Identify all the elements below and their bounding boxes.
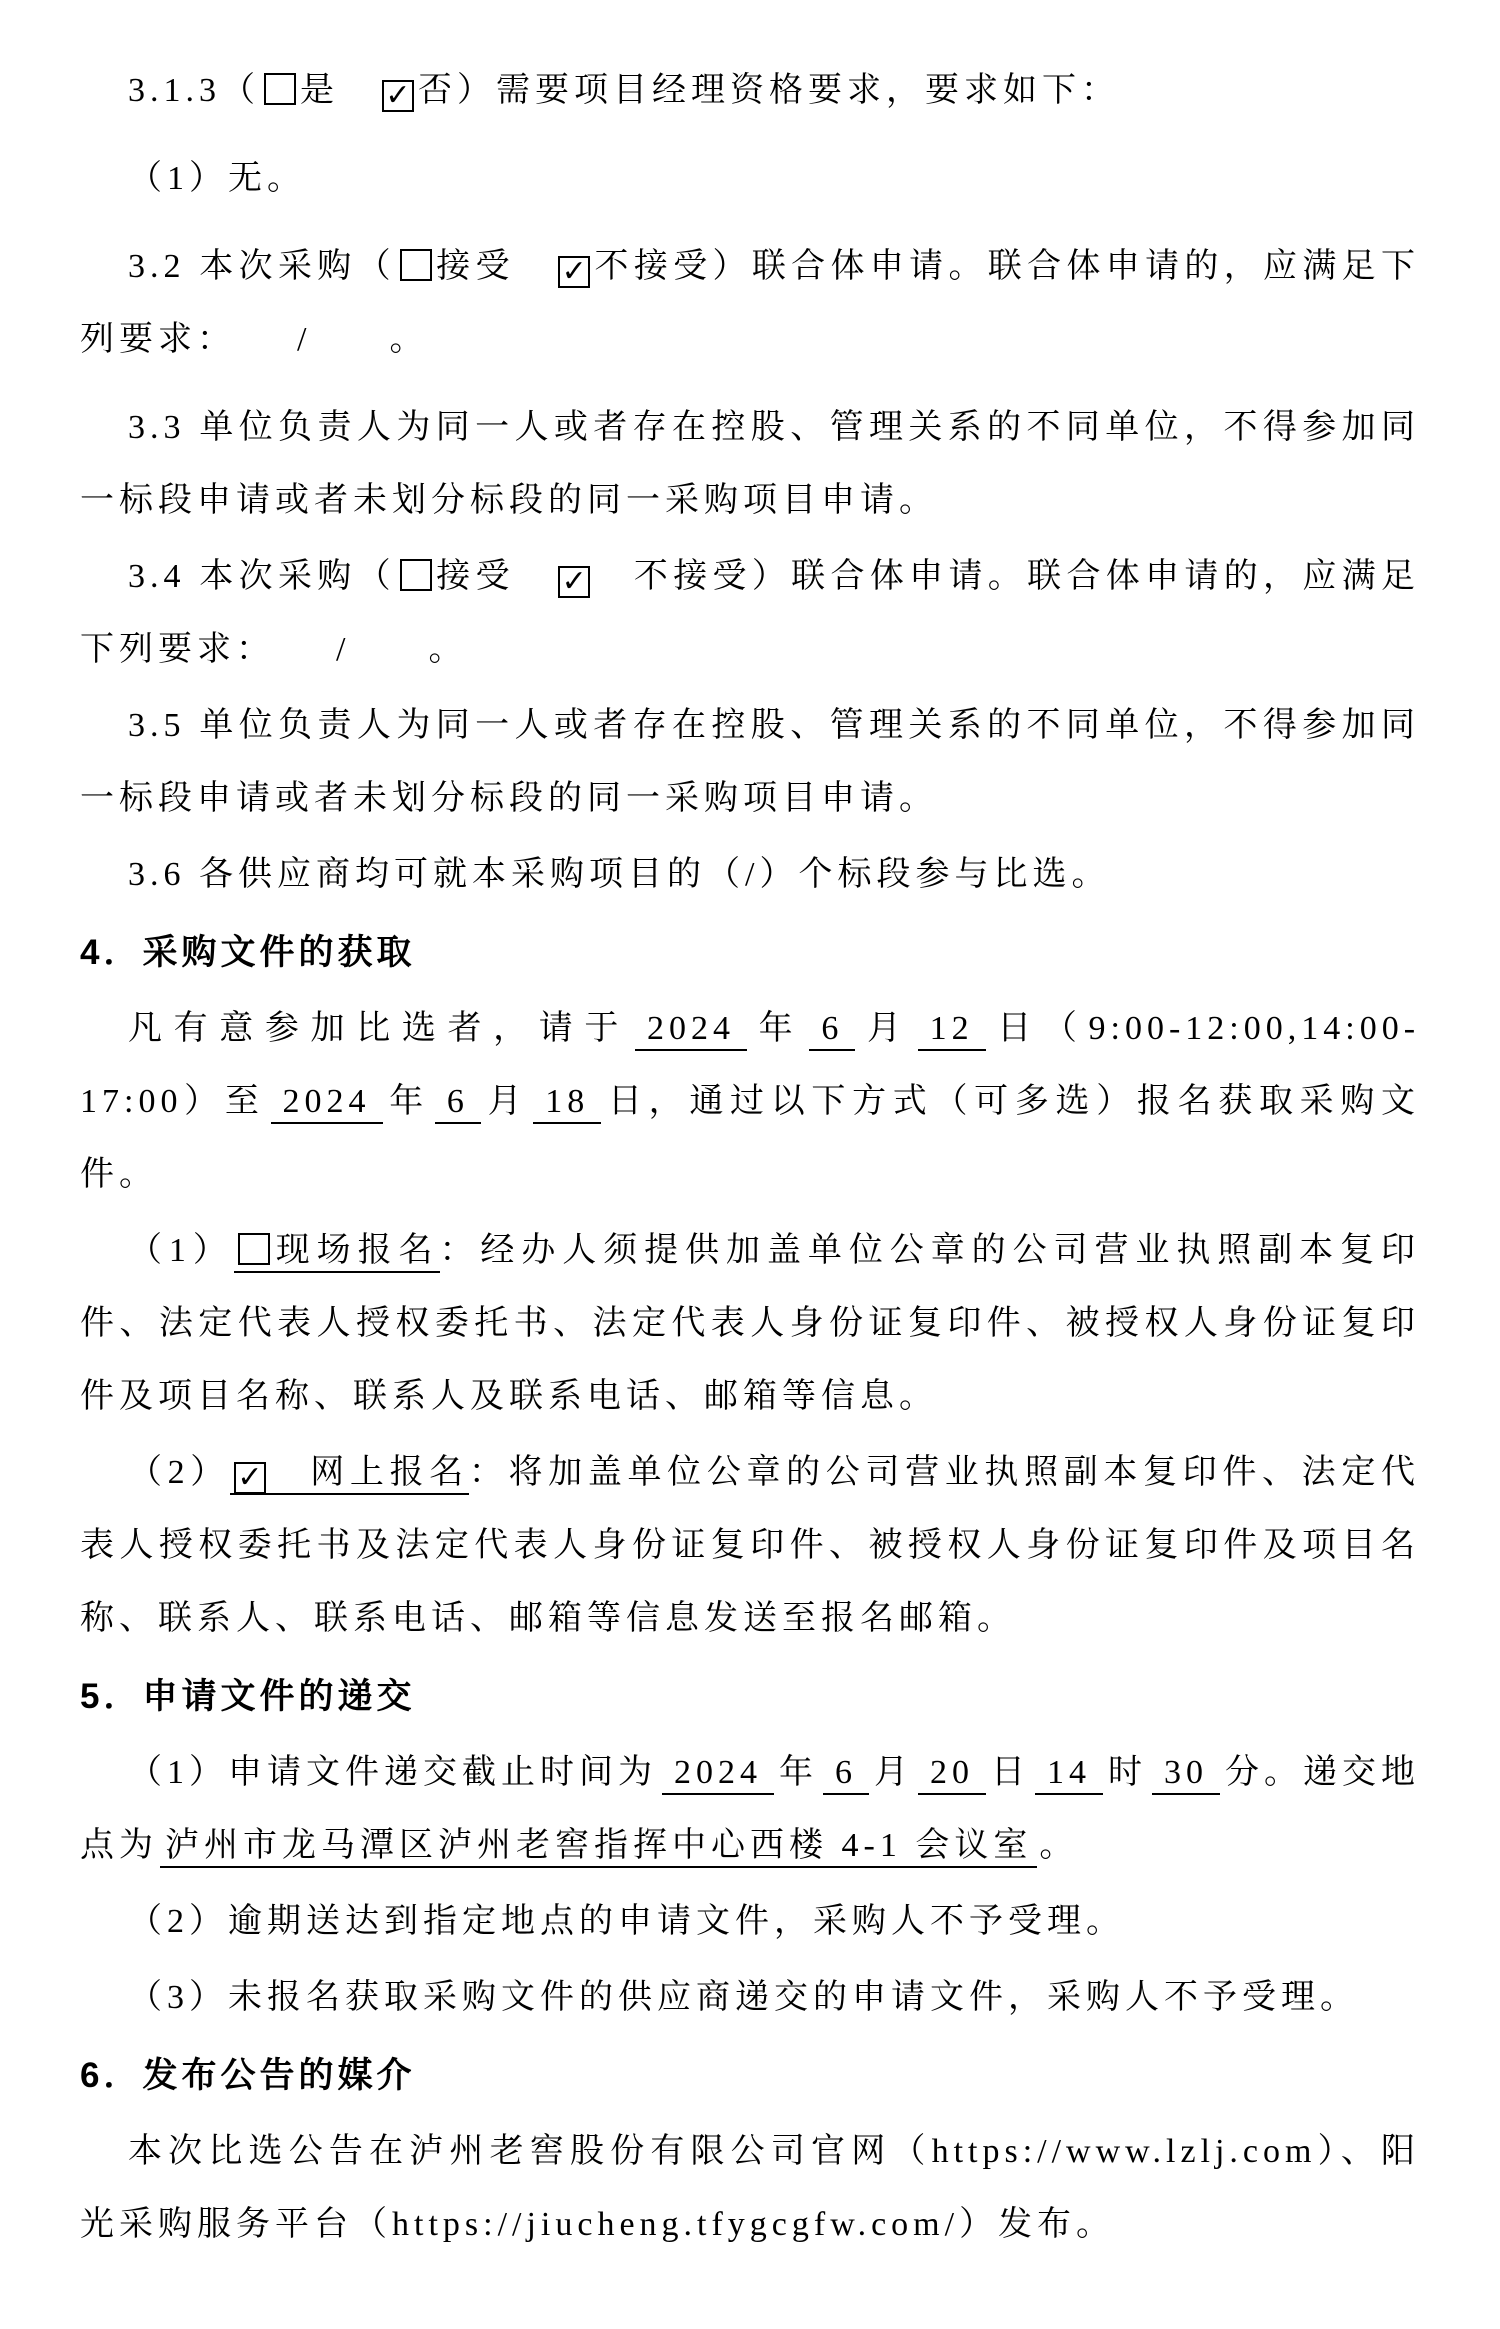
blank-address: 泸州市龙马潭区泸州老窖指挥中心西楼 4-1 会议室: [160, 1827, 1037, 1868]
text-segment: 日: [991, 1754, 1030, 1791]
text-segment: 3.3 单位负责人为同一人或者存在控股、管理关系的不同单位，不得参加同一标段申请…: [80, 409, 1420, 519]
document-page: 3.1.3（是 ✓否）需要项目经理资格要求，要求如下： （1）无。 3.2 本次…: [0, 0, 1500, 2329]
clause-3-2: 3.2 本次采购（接受 ✓不接受）联合体申请。联合体申请的，应满足下列要求： /…: [80, 230, 1420, 376]
section-4-heading: 4．采购文件的获取: [80, 916, 1420, 989]
heading-text: 5．申请文件的递交: [80, 1677, 415, 1716]
announcement-media-paragraph: 本次比选公告在泸州老窖股份有限公司官网（https://www.lzlj.com…: [80, 2115, 1420, 2261]
check-mark-icon: ✓: [384, 82, 412, 110]
text-segment: 3.1.3（: [128, 72, 260, 109]
text-segment: （1）无。: [128, 160, 306, 197]
text-segment: 年: [752, 1010, 804, 1047]
section-4-intro: 凡有意参加比选者，请于2024年6月12日（9:00-12:00,14:00-1…: [80, 992, 1420, 1211]
text-segment: ）发布。: [959, 2206, 1115, 2243]
text-segment: 。: [1039, 1827, 1078, 1864]
text-segment: 3.4 本次采购（: [128, 558, 396, 595]
blank-month: 6: [435, 1083, 481, 1124]
overdue-delivery-item: （2）逾期送达到指定地点的申请文件，采购人不予受理。: [80, 1885, 1420, 1958]
blank-hour: 14: [1035, 1754, 1103, 1795]
text-segment: 是: [300, 72, 339, 109]
text-segment: [339, 72, 378, 109]
text-segment: （2）: [128, 1454, 230, 1491]
text-segment: [515, 558, 554, 595]
accept-checkbox-unchecked-icon: [400, 559, 432, 591]
registration-option-onsite: （1）现场报名：经办人须提供加盖单位公章的公司营业执照副本复印件、法定代表人授权…: [80, 1214, 1420, 1433]
clause-3-1-3: 3.1.3（是 ✓否）需要项目经理资格要求，要求如下：: [80, 54, 1420, 127]
clause-3-1-3-item-1: （1）无。: [80, 142, 1420, 215]
section-6-heading: 6．发布公告的媒介: [80, 2039, 1420, 2112]
text-segment: （2）逾期送达到指定地点的申请文件，采购人不予受理。: [128, 1903, 1125, 1940]
onsite-checkbox-unchecked-icon: [238, 1233, 270, 1265]
text-segment: 时: [1108, 1754, 1147, 1791]
blank-day: 18: [533, 1083, 601, 1124]
official-site-url: https://www.lzlj.com: [932, 2133, 1317, 2170]
blank-day: 20: [918, 1754, 986, 1795]
blank-month: 6: [809, 1010, 855, 1051]
heading-text: 4．采购文件的获取: [80, 933, 415, 972]
text-segment: 本次比选公告在泸州老窖股份有限公司官网（: [128, 2133, 932, 2170]
blank-day: 12: [918, 1010, 986, 1051]
reject-checkbox-checked-icon: ✓: [558, 566, 590, 598]
text-segment: [594, 558, 634, 595]
section-5-heading: 5．申请文件的递交: [80, 1660, 1420, 1733]
reject-checkbox-checked-icon: ✓: [558, 256, 590, 288]
text-segment: 3.6 各供应商均可就本采购项目的（/）个标段参与比选。: [128, 856, 1110, 893]
text-segment: 凡有意参加比选者，请于: [128, 1010, 630, 1047]
text-segment: 年: [779, 1754, 818, 1791]
blank-minute: 30: [1152, 1754, 1220, 1795]
text-segment: 年: [388, 1083, 430, 1120]
text-segment: 否）需要项目经理资格要求，要求如下：: [418, 72, 1120, 109]
text-segment: 接受: [436, 558, 515, 595]
text-segment: 接受: [436, 248, 515, 285]
text-segment: （1）: [128, 1232, 234, 1269]
clause-3-3: 3.3 单位负责人为同一人或者存在控股、管理关系的不同单位，不得参加同一标段申请…: [80, 391, 1420, 537]
onsite-registration-label: 现场报名: [234, 1232, 440, 1273]
clause-3-4: 3.4 本次采购（接受 ✓ 不接受）联合体申请。联合体申请的，应满足下列要求： …: [80, 540, 1420, 686]
text-segment: 月: [874, 1754, 913, 1791]
unregistered-supplier-item: （3）未报名获取采购文件的供应商递交的申请文件，采购人不予受理。: [80, 1961, 1420, 2034]
clause-3-6: 3.6 各供应商均可就本采购项目的（/）个标段参与比选。: [80, 838, 1420, 911]
check-mark-icon: ✓: [560, 258, 588, 286]
text-segment: [515, 248, 554, 285]
blank-month: 6: [823, 1754, 869, 1795]
text-segment: 月: [860, 1010, 912, 1047]
accept-checkbox-unchecked-icon: [400, 249, 432, 281]
check-mark-icon: ✓: [560, 568, 588, 596]
blank-year: 2024: [271, 1083, 383, 1124]
check-mark-icon: ✓: [236, 1464, 264, 1492]
text-segment: 3.5 单位负责人为同一人或者存在控股、管理关系的不同单位，不得参加同一标段申请…: [80, 707, 1420, 817]
submission-deadline-item: （1）申请文件递交截止时间为2024年6月20日14时30分。递交地点为泸州市龙…: [80, 1736, 1420, 1882]
clause-3-5: 3.5 单位负责人为同一人或者存在控股、管理关系的不同单位，不得参加同一标段申请…: [80, 689, 1420, 835]
blank-year: 2024: [662, 1754, 774, 1795]
blank-year: 2024: [635, 1010, 747, 1051]
text-segment: 网上报名: [310, 1454, 469, 1491]
no-checkbox-checked-icon: ✓: [382, 80, 414, 112]
registration-option-online: （2）✓ 网上报名：将加盖单位公章的公司营业执照副本复印件、法定代表人授权委托书…: [80, 1436, 1420, 1655]
text-segment: 现场报名: [274, 1232, 440, 1269]
online-checkbox-checked-icon: ✓: [234, 1462, 266, 1494]
text-segment: （3）未报名获取采购文件的供应商递交的申请文件，采购人不予受理。: [128, 1979, 1359, 2016]
online-registration-label: ✓ 网上报名: [230, 1454, 469, 1495]
heading-text: 6．发布公告的媒介: [80, 2056, 415, 2095]
text-segment: [270, 1454, 310, 1491]
sunshine-platform-url: https://jiucheng.tfygcgfw.com/: [392, 2206, 959, 2243]
text-segment: 3.2 本次采购（: [128, 248, 396, 285]
text-segment: 月: [486, 1083, 528, 1120]
yes-checkbox-unchecked-icon: [264, 73, 296, 105]
text-segment: （1）申请文件递交截止时间为: [128, 1754, 657, 1791]
